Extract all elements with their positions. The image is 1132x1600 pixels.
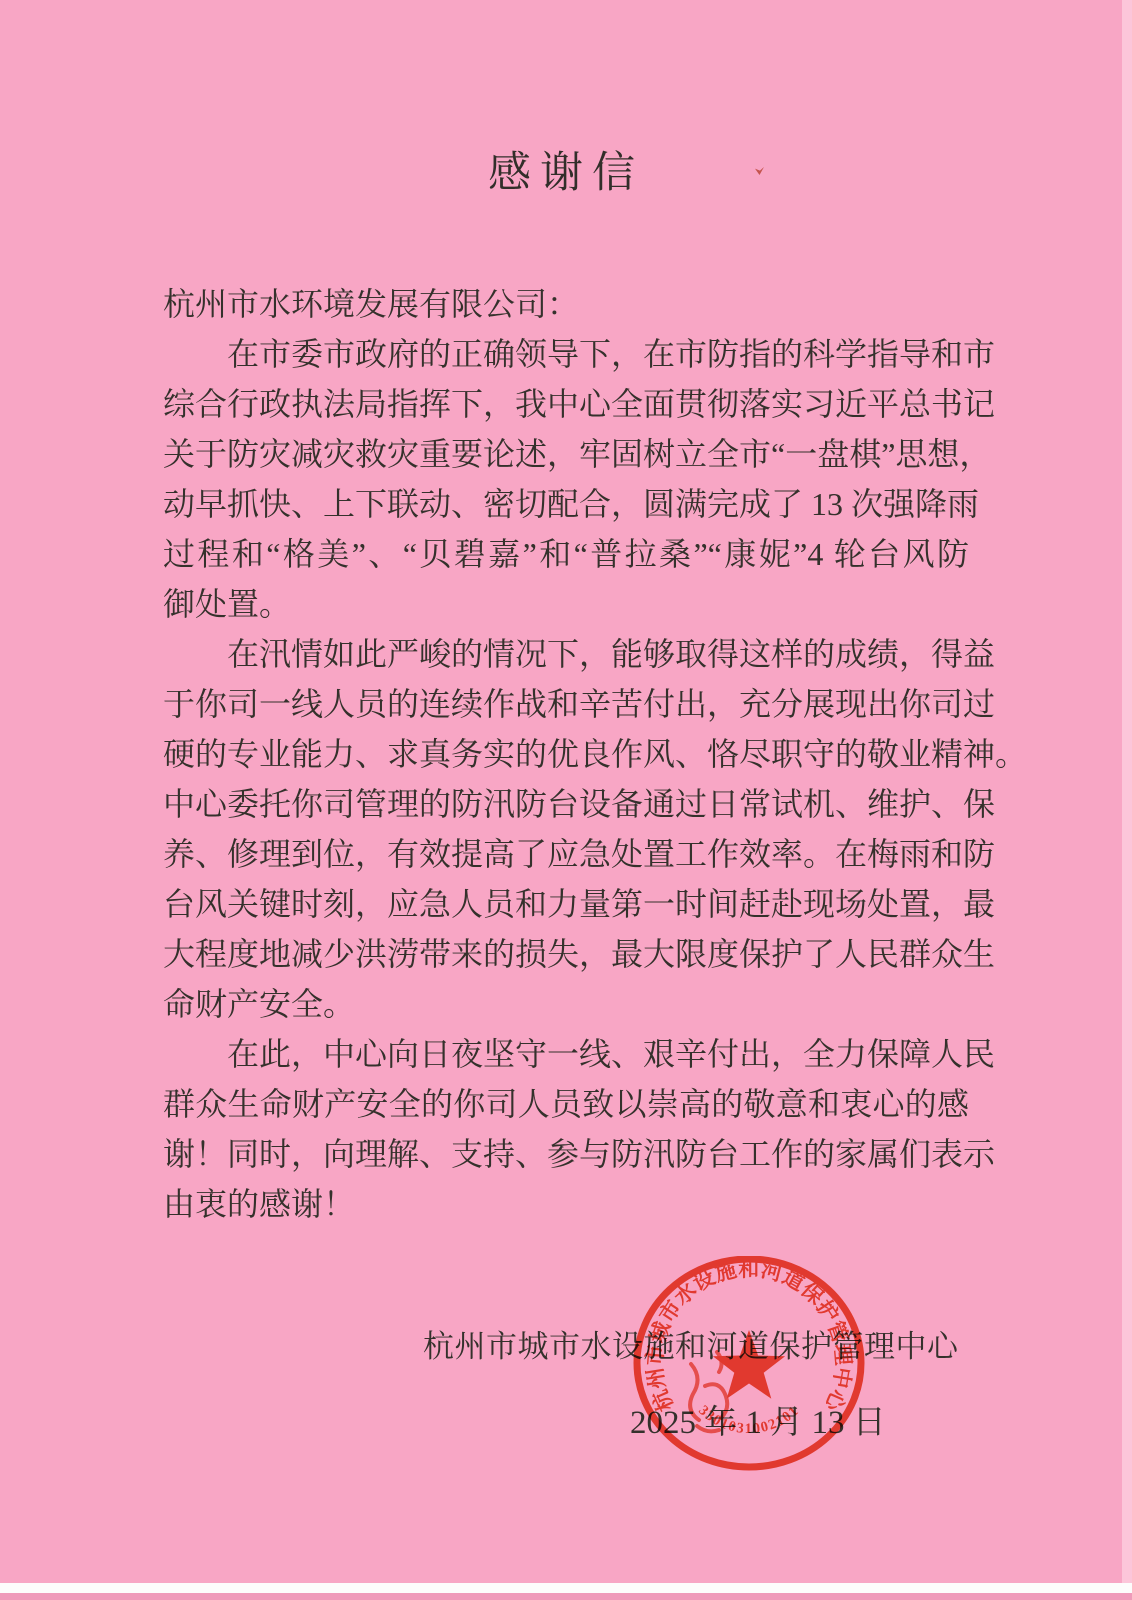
body-line: 群众生命财产安全的你司人员致以崇高的敬意和衷心的感 [163, 1079, 969, 1129]
salutation: 杭州市水环境发展有限公司： [163, 279, 969, 329]
scan-edge-white-strip [0, 1583, 1132, 1593]
body-line: 台风关键时刻，应急人员和力量第一时间赶赴现场处置，最 [163, 879, 969, 929]
scan-edge-bottom-strip [0, 1593, 1132, 1600]
scan-edge-right [1122, 0, 1132, 1600]
body-line: 关于防灾减灾救灾重要论述，牢固树立全市“一盘棋”思想， [163, 429, 969, 479]
letter-body-block: 杭州市水环境发展有限公司： 在市委市政府的正确领导下，在市防指的科学指导和市综合… [163, 279, 969, 1229]
body-line: 在汛情如此严峻的情况下，能够取得这样的成绩，得益 [163, 629, 969, 679]
body-line: 在此，中心向日夜坚守一线、艰辛付出，全力保障人民 [163, 1029, 969, 1079]
body-line: 由衷的感谢！ [163, 1179, 969, 1229]
body-line: 硬的专业能力、求真务实的优良作风、恪尽职守的敬业精神。 [163, 729, 969, 779]
body-line: 御处置。 [163, 579, 969, 629]
letter-page: 感谢信 杭州市水环境发展有限公司： 在市委市政府的正确领导下，在市防指的科学指导… [0, 0, 1132, 1600]
official-seal: 杭州市城市水设施和河道保护管理中心 3301031002101 [633, 1256, 865, 1471]
body-line: 在市委市政府的正确领导下，在市防指的科学指导和市 [163, 329, 969, 379]
body-line: 命财产安全。 [163, 979, 969, 1029]
letter-title: 感谢信 [0, 150, 1132, 198]
letter-body: 在市委市政府的正确领导下，在市防指的科学指导和市综合行政执法局指挥下，我中心全面… [163, 329, 969, 1229]
body-line: 大程度地减少洪涝带来的损失，最大限度保护了人民群众生 [163, 929, 969, 979]
body-line: 动早抓快、上下联动、密切配合，圆满完成了 13 次强降雨 [163, 479, 969, 529]
body-line: 养、修理到位，有效提高了应急处置工作效率。在梅雨和防 [163, 829, 969, 879]
body-line: 中心委托你司管理的防汛防台设备通过日常试机、维护、保 [163, 779, 969, 829]
body-line: 过程和“格美”、“贝碧嘉”和“普拉桑”“康妮”4 轮台风防 [163, 529, 969, 579]
body-line: 综合行政执法局指挥下，我中心全面贯彻落实习近平总书记 [163, 379, 969, 429]
body-line: 谢！同时，向理解、支持、参与防汛防台工作的家属们表示 [163, 1129, 969, 1179]
body-line: 于你司一线人员的连续作战和辛苦付出，充分展现出你司过 [163, 679, 969, 729]
